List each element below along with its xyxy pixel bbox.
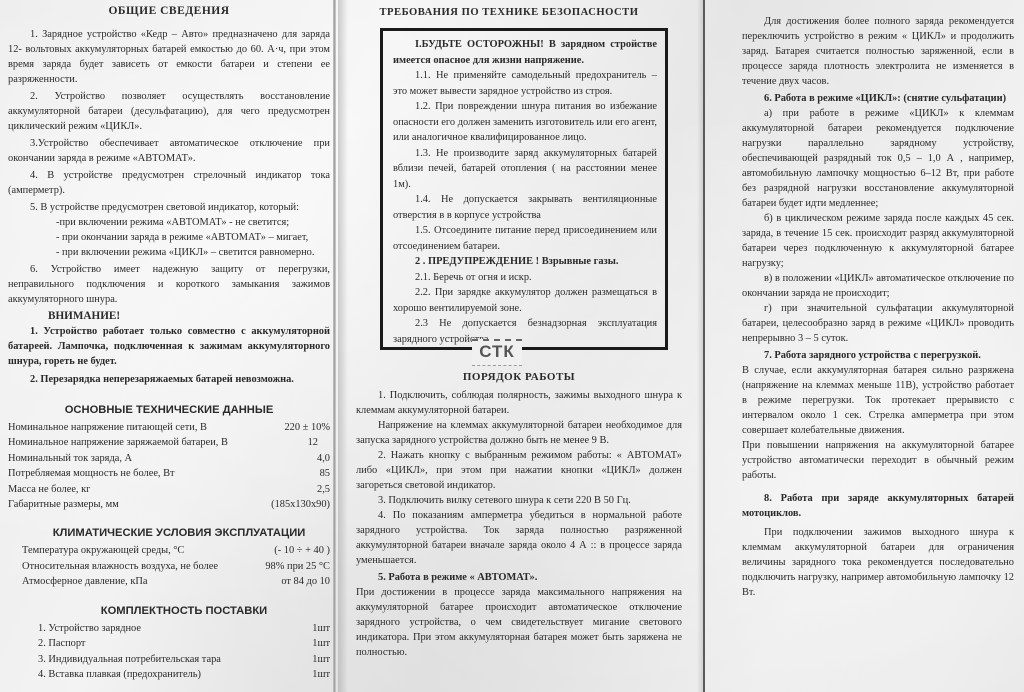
spec-value: 12: [308, 435, 330, 450]
fold-shadow: [338, 0, 348, 692]
column-safety-operation: ТРЕБОВАНИЯ ПО ТЕХНИКЕ БЕЗОПАСНОСТИ I.БУД…: [356, 0, 682, 692]
indicator-state: - при включении режима «ЦИКЛ» – светится…: [8, 245, 330, 260]
climate-row: Относительная влажность воздуха, не боле…: [22, 559, 330, 574]
kit-qty: 1шт: [312, 636, 330, 652]
attention-item: 1. Устройство работает только совместно …: [8, 324, 330, 369]
spec-value: 85: [320, 466, 330, 481]
climate-value: (- 10 ÷ + 40 ): [274, 543, 330, 558]
warning-heading-gases: 2 . ПРЕДУПРЕЖДЕНИЕ ! Взрывные газы.: [393, 254, 657, 270]
spec-label: Габаритные размеры, мм: [8, 497, 119, 512]
section-title-operation: ПОРЯДОК РАБОТЫ: [356, 370, 682, 385]
operation-step: 3. Подключить вилку сетевого шнура к сет…: [356, 493, 682, 508]
climate-value: 98% при 25 °С: [265, 559, 330, 574]
safety-item: 1.5. Отсоедините питание перед присоедин…: [393, 223, 657, 254]
spec-row: Потребляемая мощность не более, Вт85: [8, 466, 330, 481]
kit-label: 4. Вставка плавкая (предохранитель): [38, 667, 201, 683]
section-title-climate: КЛИМАТИЧЕСКИЕ УСЛОВИЯ ЭКСПЛУАТАЦИИ: [8, 526, 330, 541]
warning-heading: I.БУДЬТЕ ОСТОРОЖНЫ! В зарядном стройстве…: [393, 37, 657, 68]
kit-qty: 1шт: [312, 621, 330, 637]
spec-label: Номинальное напряжение питающей сети, В: [8, 420, 207, 435]
general-item: 4. В устройстве предусмотрен стрелочный …: [8, 168, 330, 198]
cycle-item: в) в положении «ЦИКЛ» автоматическое отк…: [742, 271, 1014, 301]
general-item: 1. Зарядное устройство «Кедр – Авто» пре…: [8, 27, 330, 87]
overload-text: В случае, если аккумуляторная батарея си…: [742, 363, 1014, 438]
climate-label: Температура окружающей среды, °С: [22, 543, 184, 558]
general-item: 3.Устройство обеспечивает автоматическое…: [8, 136, 330, 166]
kit-label: 3. Индивидуальная потребительская тара: [38, 652, 221, 668]
spec-label: Масса не более, кг: [8, 482, 90, 497]
kit-list: 1. Устройство зарядное1шт 2. Паспорт1шт …: [8, 621, 330, 683]
section-title-tech: ОСНОВНЫЕ ТЕХНИЧЕСКИЕ ДАННЫЕ: [8, 403, 330, 418]
spec-value: 2,5: [317, 482, 330, 497]
operation-step: 1. Подключить, соблюдая полярность, зажи…: [356, 388, 682, 418]
attention-item: 2. Перезарядка неперезаряжаемых батарей …: [8, 372, 330, 387]
auto-mode-title: 5. Работа в режиме « АВТОМАТ».: [356, 570, 682, 585]
operation-step: Напряжение на клеммах аккумуляторной бат…: [356, 418, 682, 448]
safety-item: 2.2. При зарядке аккумулятор должен разм…: [393, 285, 657, 316]
spec-value: (185х130х90): [271, 497, 330, 512]
kit-label: 2. Паспорт: [38, 636, 85, 652]
moto-title: 8. Работа при заряде аккумуляторных бата…: [742, 491, 1014, 521]
overload-text: При повышении напряжения на аккумуляторн…: [742, 438, 1014, 483]
general-item: 5. В устройстве предусмотрен световой ин…: [8, 200, 330, 215]
indicator-state: - при окончании заряда в режиме «АВТОМАТ…: [8, 230, 330, 245]
safety-item: 2.3 Не допускается безнадзорная эксплуат…: [393, 316, 657, 347]
spec-label: Потребляемая мощность не более, Вт: [8, 466, 175, 481]
operation-step: 2. Нажать кнопку с выбранным режимом раб…: [356, 448, 682, 493]
section-title-safety: ТРЕБОВАНИЯ ПО ТЕХНИКЕ БЕЗОПАСНОСТИ: [356, 5, 682, 20]
climate-value: от 84 до 10: [281, 574, 330, 589]
auto-mode-text: При достижении в процессе заряда максима…: [356, 585, 682, 660]
spec-row: Габаритные размеры, мм(185х130х90): [8, 497, 330, 512]
fold-line: [333, 0, 336, 692]
spec-row: Номинальное напряжение заряжаемой батаре…: [8, 435, 330, 450]
general-item: 6. Устройство имеет надежную защиту от п…: [8, 262, 330, 307]
quality-stamp: СТК: [472, 339, 522, 366]
column-modes: Для достижения более полного заряда реко…: [742, 0, 1014, 692]
climate-row: Температура окружающей среды, °С(- 10 ÷ …: [22, 543, 330, 558]
kit-qty: 1шт: [312, 667, 330, 683]
kit-item: 2. Паспорт1шт: [8, 636, 330, 652]
safety-item: 1.3. Не производите заряд аккумуляторных…: [393, 146, 657, 193]
kit-qty: 1шт: [312, 652, 330, 668]
cycle-item: г) при значительной сульфатации аккумуля…: [742, 301, 1014, 346]
climate-label: Относительная влажность воздуха, не боле…: [22, 559, 218, 574]
kit-item: 3. Индивидуальная потребительская тара1ш…: [8, 652, 330, 668]
spec-row: Номинальное напряжение питающей сети, В2…: [8, 420, 330, 435]
safety-item: 1.4. Не допускается закрывать вентиляцио…: [393, 192, 657, 223]
fold-line: [703, 0, 705, 692]
safety-item: 2.1. Беречь от огня и искр.: [393, 270, 657, 286]
full-charge-intro: Для достижения более полного заряда реко…: [742, 14, 1014, 89]
climate-row: Атмосферное давление, кПаот 84 до 10: [22, 574, 330, 589]
column-general-info: ОБЩИЕ СВЕДЕНИЯ 1. Зарядное устройство «К…: [8, 0, 330, 692]
spec-value: 4,0: [317, 451, 330, 466]
section-title-general: ОБЩИЕ СВЕДЕНИЯ: [8, 4, 330, 19]
attention-title: ВНИМАНИЕ!: [8, 309, 330, 324]
safety-warning-box: I.БУДЬТЕ ОСТОРОЖНЫ! В зарядном стройстве…: [380, 28, 668, 350]
cycle-item: б) в циклическом режиме заряда после каж…: [742, 211, 1014, 271]
indicator-state: -при включении режима «АВТОМАТ» - не све…: [8, 215, 330, 230]
spec-label: Номинальный ток заряда, А: [8, 451, 132, 466]
kit-item: 4. Вставка плавкая (предохранитель)1шт: [8, 667, 330, 683]
kit-label: 1. Устройство зарядное: [38, 621, 141, 637]
operation-section: ПОРЯДОК РАБОТЫ 1. Подключить, соблюдая п…: [356, 370, 682, 660]
spec-row: Номинальный ток заряда, А4,0: [8, 451, 330, 466]
climate-label: Атмосферное давление, кПа: [22, 574, 147, 589]
operation-step: 4. По показаниям амперметра убедиться в …: [356, 508, 682, 568]
spec-row: Масса не более, кг2,5: [8, 482, 330, 497]
moto-text: При подключении зажимов выходного шнура …: [742, 525, 1014, 600]
general-item: 2. Устройство позволяет осуществлять вос…: [8, 89, 330, 134]
spec-value: 220 ± 10%: [284, 420, 330, 435]
cycle-mode-title: 6. Работа в режиме «ЦИКЛ»: (снятие сульф…: [742, 91, 1014, 106]
safety-item: 1.2. При повреждении шнура питания во из…: [393, 99, 657, 146]
section-title-kit: КОМПЛЕКТНОСТЬ ПОСТАВКИ: [8, 604, 330, 619]
safety-item: 1.1. Не применяйте самодельный предохран…: [393, 68, 657, 99]
spec-label: Номинальное напряжение заряжаемой батаре…: [8, 435, 228, 450]
kit-item: 1. Устройство зарядное1шт: [8, 621, 330, 637]
overload-title: 7. Работа зарядного устройства с перегру…: [742, 348, 1014, 363]
tech-specs-table: Номинальное напряжение питающей сети, В2…: [8, 420, 330, 512]
cycle-item: а) при работе в режиме «ЦИКЛ» к клеммам …: [742, 106, 1014, 211]
climate-table: Температура окружающей среды, °С(- 10 ÷ …: [8, 543, 330, 589]
